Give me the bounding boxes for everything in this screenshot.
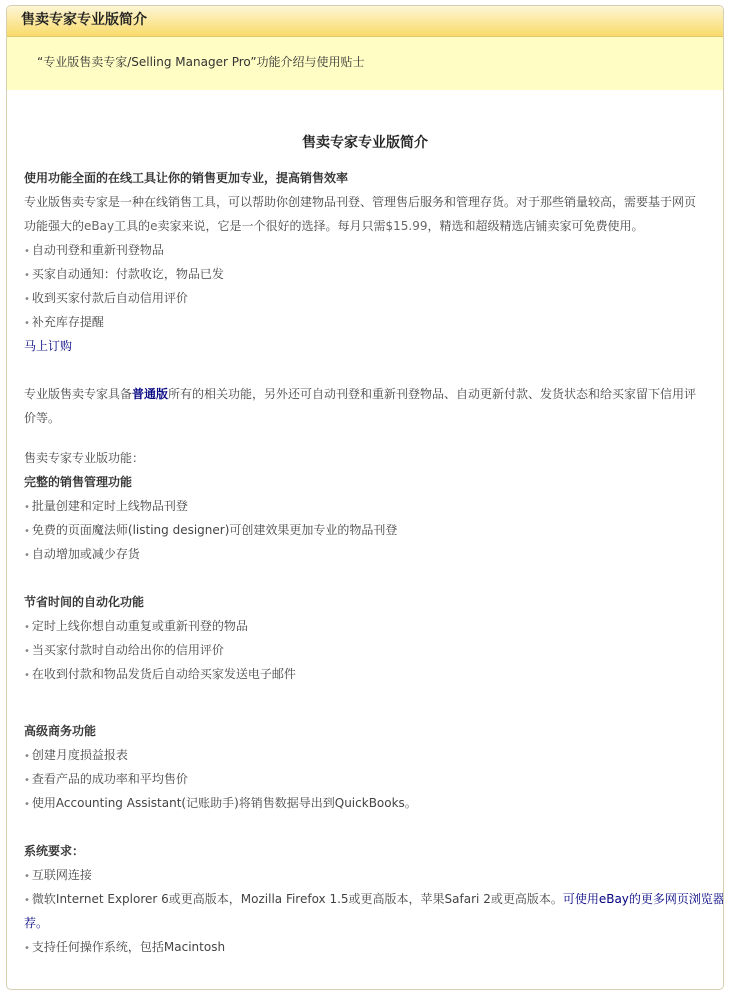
intro-text: 功能强大的 [24, 219, 84, 233]
intro-line-1: 专业版售卖专家是一种在线销售工具，可以帮助你创建物品刊登、管理售后服务和管理存货… [24, 194, 696, 210]
standard-text: 所有的相关功能，另外还可自动刊登和重新刊登物品、自动更新付款、发货状态和给买家留… [168, 387, 696, 401]
requirements-heading: 系统要求： [24, 843, 84, 859]
intro-text: ，精选和超级精选店铺卖家可免费使用。 [428, 219, 644, 233]
requirement-item: 微软Internet Explorer 6或更高版本，Mozilla Firef… [24, 891, 724, 909]
intro-bullet: 自动刊登和重新刊登物品 [24, 242, 164, 260]
standard-edition-link[interactable]: 普通版 [132, 387, 168, 401]
price-text: $15.99 [386, 219, 428, 233]
feature-item: 创建月度损益报表 [24, 747, 128, 765]
standard-paragraph-line-1: 专业版售卖专家具备普通版所有的相关功能，另外还可自动刊登和重新刊登物品、自动更新… [24, 386, 696, 402]
page-title: 售卖专家专业版简介 [7, 132, 723, 152]
intro-line-2: 功能强大的eBay工具的e卖家来说，它是一个很好的选择。每月只需$15.99，精… [24, 218, 644, 234]
section-heading: 高级商务功能 [24, 723, 96, 739]
intro-bullet: 买家自动通知：付款收讫，物品已发 [24, 266, 224, 284]
requirement-item: 支持任何操作系统，包括Macintosh [24, 939, 225, 957]
feature-item: 批量创建和定时上线物品刊登 [24, 498, 188, 516]
ebay-text: eBay [84, 219, 114, 233]
intro-bullet: 补充库存提醒 [24, 314, 104, 332]
panel-header: 售卖专家专业版简介 [7, 6, 723, 37]
feature-item: 在收到付款和物品发货后自动给买家发送电子邮件 [24, 666, 296, 684]
subtitle-text: “专业版售卖专家/Selling Manager Pro”功能介绍与使用贴士 [37, 55, 365, 69]
feature-item: 免费的页面魔法师(listing designer)可创建效果更加专业的物品刊登 [24, 522, 397, 540]
feature-item: 查看产品的成功率和平均售价 [24, 771, 188, 789]
feature-item: 自动增加或减少存货 [24, 546, 140, 564]
requirement-text: 微软Internet Explorer 6或更高版本，Mozilla Firef… [32, 892, 563, 906]
e-text: e [150, 219, 157, 233]
feature-item: 使用Accounting Assistant(记账助手)将销售数据导出到Quic… [24, 795, 417, 813]
feature-item: 定时上线你想自动重复或重新刊登的物品 [24, 618, 248, 636]
standard-paragraph-line-2: 价等。 [24, 410, 60, 426]
subtitle-band: “专业版售卖专家/Selling Manager Pro”功能介绍与使用贴士 [7, 37, 723, 90]
intro-text: 工具的 [114, 219, 150, 233]
intro-bullet: 收到买家付款后自动信用评价 [24, 290, 188, 308]
feature-item: 当买家付款时自动给出你的信用评价 [24, 642, 224, 660]
intro-text: 卖家来说，它是一个很好的选择。每月只需 [158, 219, 386, 233]
section-heading: 节省时间的自动化功能 [24, 594, 144, 610]
section-heading: 完整的销售管理功能 [24, 474, 132, 490]
intro-heading: 使用功能全面的在线工具让你的销售更加专业，提高销售效率 [24, 170, 348, 186]
content-panel: 售卖专家专业版简介 “专业版售卖专家/Selling Manager Pro”功… [6, 5, 724, 990]
browser-recommendation-link[interactable]: 可使用eBay的更多网页浏览器推 [563, 892, 724, 906]
requirement-item: 互联网连接 [24, 867, 92, 885]
browser-recommendation-link-cont[interactable]: 荐。 [24, 915, 48, 931]
standard-text: 专业版售卖专家具备 [24, 387, 132, 401]
features-label: 售卖专家专业版功能： [24, 450, 144, 466]
panel-title: 售卖专家专业版简介 [21, 12, 147, 28]
subscribe-link[interactable]: 马上订购 [24, 338, 72, 354]
